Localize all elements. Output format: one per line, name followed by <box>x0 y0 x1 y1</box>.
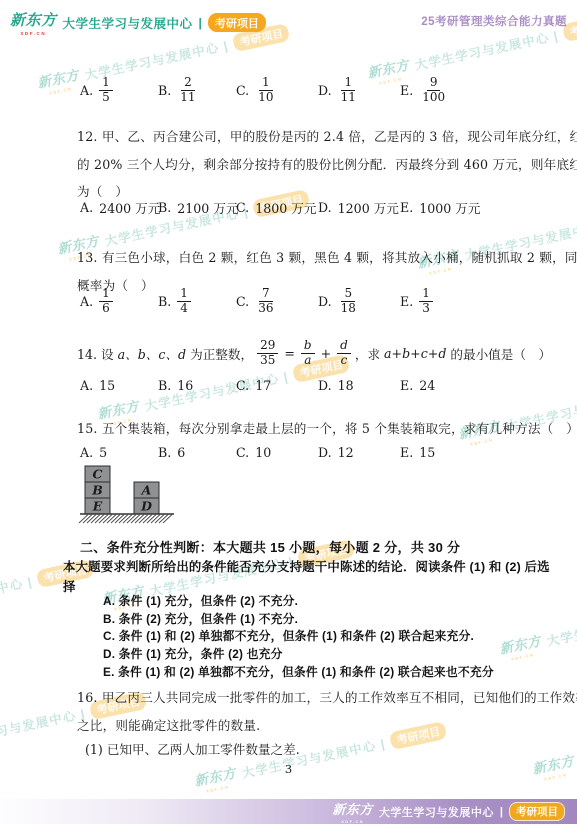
option-label: E. <box>400 200 413 215</box>
fraction-numerator: 2 <box>181 76 195 91</box>
page-number: 3 <box>0 762 577 776</box>
option-text: 1200 万元 <box>338 198 399 217</box>
fraction: 13 <box>419 287 433 316</box>
option-label: D. <box>318 83 332 98</box>
container-stack-diagram: C B E A D <box>77 462 177 526</box>
fraction-numerator: 1 <box>99 76 113 91</box>
fraction-denominator: a <box>301 354 314 368</box>
question-text: 的最小值是（ ） <box>450 344 551 363</box>
question-line: 的 20% 三个人均分，剩余部分按持有的股份比例分配．丙最终分到 460 万元，… <box>77 150 523 178</box>
option-label: D. <box>318 294 332 309</box>
option-text: 12 <box>338 445 354 460</box>
section2-choices: A. 条件 (1) 充分，但条件 (2) 不充分. B. 条件 (2) 充分，但… <box>103 592 533 680</box>
question-15-text: 15. 五个集装箱，每次分别拿走最上层的一个，将 5 个集装箱取完，求有几种方法… <box>77 417 523 437</box>
option-text: 5 <box>99 445 107 460</box>
option-text: 1800 万元 <box>255 198 316 217</box>
option-label: A. <box>80 445 93 460</box>
footer-bar: 新东方 XDF.CN 大学生学习与发展中心 | 考研项目 <box>0 799 577 824</box>
fraction: 736 <box>255 287 276 316</box>
option-e: E.1000 万元 <box>400 199 480 215</box>
option-b: B.2100 万元 <box>158 199 239 215</box>
fraction-numerator: d <box>337 339 351 354</box>
fraction-numerator: 1 <box>341 76 355 91</box>
exam-page: 新东方XDF.CN大学生学习与发展中心 |考研项目新东方XDF.CN大学生学习与… <box>0 0 577 826</box>
fraction: ba <box>301 339 315 368</box>
fraction: 111 <box>338 76 359 105</box>
option-label: E. <box>400 294 413 309</box>
fraction-denominator: 3 <box>419 302 433 316</box>
option-label: A. <box>80 83 93 98</box>
option-label: C. <box>236 445 249 460</box>
fraction: 2935 <box>257 339 278 368</box>
option-c: C.1800 万元 <box>236 199 316 215</box>
kaoyan-project-badge: 考研项目 <box>208 13 266 32</box>
header-brand-group: 新东方 XDF.CN 大学生学习与发展中心 | 考研项目 <box>10 9 266 36</box>
fraction-numerator: 1 <box>259 76 273 91</box>
option-d: D.111 <box>318 73 359 107</box>
fraction-denominator: c <box>338 354 351 368</box>
fraction-numerator: 5 <box>341 287 355 302</box>
question-line: 15. 五个集装箱，每次分别拿走最上层的一个，将 5 个集装箱取完，求有几种方法… <box>77 417 523 437</box>
option-label: D. <box>318 378 332 393</box>
fraction-denominator: 4 <box>177 302 191 316</box>
fraction: 110 <box>255 76 276 105</box>
fraction-numerator: 7 <box>259 287 273 302</box>
paper-title: 25考研管理类综合能力真题 <box>421 13 567 29</box>
header-divider: | <box>199 16 202 30</box>
option-b: B.211 <box>158 73 199 107</box>
section2-intro: 本大题要求判断所给出的条件能否充分支持题干中陈述的结论．阅读条件 (1) 和 (… <box>63 556 523 596</box>
right-stack: A D <box>134 482 159 514</box>
fraction-denominator: 6 <box>99 302 113 316</box>
q11-options-row: A.15 B.211 C.110 D.111 E.9100 <box>77 73 527 107</box>
org-title: 大学生学习与发展中心 <box>63 14 193 32</box>
question-16-text: 16. 甲乙丙三人共同完成一批零件的加工，三人的工作效率互不相同，已知他们的工作… <box>77 683 523 738</box>
brand-name: 新东方 <box>332 799 373 818</box>
option-label: D. <box>318 445 332 460</box>
q12-options-row: A.2400 万元 B.2100 万元 C.1800 万元 D.1200 万元 … <box>77 199 527 215</box>
option-e: E.24 <box>400 377 435 393</box>
option-d: D.1200 万元 <box>318 199 399 215</box>
fraction-numerator: 29 <box>257 339 278 354</box>
option-text: 15 <box>99 378 115 393</box>
fraction-numerator: 9 <box>427 76 441 91</box>
question-14-text: 14. 设 a、b、c、d 为正整数， 2935 = ba + dc ，求 a+… <box>77 334 527 372</box>
q15-options-row: A.5 B.6 C.10 D.12 E.15 <box>77 444 527 460</box>
choice-b: B. 条件 (2) 充分，但条件 (1) 不充分. <box>103 610 533 628</box>
option-text: 18 <box>338 378 354 393</box>
equals-sign: = <box>282 346 297 361</box>
fraction-denominator: 100 <box>419 91 448 105</box>
choice-c: C. 条件 (1) 和 (2) 单独都不充分，但条件 (1) 和条件 (2) 联… <box>103 627 533 645</box>
choice-d: D. 条件 (1) 充分，条件 (2) 也充分 <box>103 645 533 663</box>
option-text: 1000 万元 <box>419 198 480 217</box>
fraction-denominator: 11 <box>338 91 359 105</box>
option-label: E. <box>400 83 413 98</box>
option-label: B. <box>158 378 171 393</box>
fraction-numerator: 1 <box>99 287 113 302</box>
option-a: A.2400 万元 <box>80 199 160 215</box>
math-vars: a、b、c、d <box>118 344 186 363</box>
box-letter: D <box>140 499 152 514</box>
intro-line: 本大题要求判断所给出的条件能否充分支持题干中陈述的结论．阅读条件 (1) 和 (… <box>63 556 523 576</box>
option-label: A. <box>80 378 93 393</box>
question-text: 14. 设 <box>77 344 114 363</box>
option-label: C. <box>236 294 249 309</box>
option-text: 17 <box>255 378 271 393</box>
option-a: A.15 <box>80 377 115 393</box>
question-line: 之比，则能确定这批零件的数量. <box>77 711 523 739</box>
kaoyan-project-badge: 考研项目 <box>509 802 565 821</box>
option-b: B.6 <box>158 444 185 460</box>
org-title: 大学生学习与发展中心 <box>379 804 494 820</box>
option-label: A. <box>80 294 93 309</box>
option-e: E.15 <box>400 444 435 460</box>
option-text: 24 <box>419 378 435 393</box>
question-text: 为正整数， <box>190 344 253 363</box>
option-text: 16 <box>177 378 193 393</box>
fraction-numerator: 1 <box>419 287 433 302</box>
option-label: C. <box>236 378 249 393</box>
q16-condition-1: (1) 已知甲、乙两人加工零件数量之差. <box>85 739 515 758</box>
watermark-logo: 新东方XDF.CN <box>35 64 81 98</box>
footer-divider: | <box>500 806 503 818</box>
brand-subtext: XDF.CN <box>341 819 364 824</box>
fraction-denominator: 11 <box>177 91 198 105</box>
box-letter: C <box>93 467 103 482</box>
option-c: C.736 <box>236 284 276 318</box>
option-d: D.12 <box>318 444 354 460</box>
option-e: E.9100 <box>400 73 448 107</box>
fraction: 211 <box>177 76 198 105</box>
option-label: E. <box>400 445 413 460</box>
fraction-numerator: b <box>301 339 315 354</box>
xdf-logo-footer: 新东方 XDF.CN <box>332 799 373 824</box>
brand-name: 新东方 <box>10 9 57 30</box>
ground-hatch <box>79 515 172 524</box>
fraction-denominator: 5 <box>99 91 113 105</box>
fraction-denominator: 35 <box>257 354 278 368</box>
option-c: C.17 <box>236 377 271 393</box>
option-label: C. <box>236 200 249 215</box>
fraction: 9100 <box>419 76 448 105</box>
box-letter: E <box>92 499 103 514</box>
xdf-logo: 新东方 XDF.CN <box>10 9 57 36</box>
fraction: dc <box>337 339 351 368</box>
fraction-numerator: 1 <box>177 287 191 302</box>
question-line: 12. 甲、乙、丙合建公司，甲的股份是丙的 2.4 倍，乙是丙的 3 倍，现公司… <box>77 122 523 150</box>
fraction-denominator: 36 <box>255 302 276 316</box>
header: 新东方 XDF.CN 大学生学习与发展中心 | 考研项目 25考研管理类综合能力… <box>0 0 577 38</box>
math-expression: a+b+c+d <box>384 346 446 361</box>
option-d: D.518 <box>318 284 359 318</box>
option-label: A. <box>80 200 93 215</box>
brand-subtext: XDF.CN <box>20 31 46 36</box>
q13-options-row: A.16 B.14 C.736 D.518 E.13 <box>77 284 527 318</box>
option-text: 6 <box>177 445 185 460</box>
option-e: E.13 <box>400 284 433 318</box>
fraction-denominator: 18 <box>338 302 359 316</box>
option-label: B. <box>158 200 171 215</box>
choice-a: A. 条件 (1) 充分，但条件 (2) 不充分. <box>103 592 533 610</box>
box-letter: A <box>141 483 152 498</box>
option-a: A.5 <box>80 444 107 460</box>
question-text: ，求 <box>355 344 380 363</box>
section2-title: 二、条件充分性判断：本大题共 15 小题，每小题 2 分，共 30 分 <box>80 537 526 556</box>
plus-sign: + <box>319 346 334 361</box>
option-c: C.110 <box>236 73 276 107</box>
option-text: 10 <box>255 445 271 460</box>
q14-options-row: A.15 B.16 C.17 D.18 E.24 <box>77 377 527 393</box>
option-b: B.16 <box>158 377 193 393</box>
fraction: 518 <box>338 287 359 316</box>
option-label: C. <box>236 83 249 98</box>
question-line: 16. 甲乙丙三人共同完成一批零件的加工，三人的工作效率互不相同，已知他们的工作… <box>77 683 523 711</box>
option-a: A.16 <box>80 284 113 318</box>
option-label: B. <box>158 445 171 460</box>
choice-e: E. 条件 (1) 和 (2) 单独都不充分，但条件 (1) 和条件 (2) 联… <box>103 662 533 680</box>
fraction: 15 <box>99 76 113 105</box>
option-text: 2100 万元 <box>177 198 238 217</box>
option-text: 2400 万元 <box>99 198 160 217</box>
option-c: C.10 <box>236 444 271 460</box>
option-b: B.14 <box>158 284 191 318</box>
fraction-denominator: 10 <box>255 91 276 105</box>
option-d: D.18 <box>318 377 354 393</box>
option-label: E. <box>400 378 413 393</box>
fraction: 16 <box>99 287 113 316</box>
box-letter: B <box>91 483 103 498</box>
question-12-text: 12. 甲、乙、丙合建公司，甲的股份是丙的 2.4 倍，乙是丙的 3 倍，现公司… <box>77 122 523 205</box>
fraction: 14 <box>177 287 191 316</box>
option-label: B. <box>158 294 171 309</box>
option-text: 15 <box>419 445 435 460</box>
option-label: B. <box>158 83 171 98</box>
option-label: D. <box>318 200 332 215</box>
left-stack: C B E <box>85 466 110 514</box>
question-line: 13. 有三色小球，白色 2 颗，红色 3 颗，黑色 4 颗，将其放入小桶，随机… <box>77 243 523 271</box>
option-a: A.15 <box>80 73 113 107</box>
